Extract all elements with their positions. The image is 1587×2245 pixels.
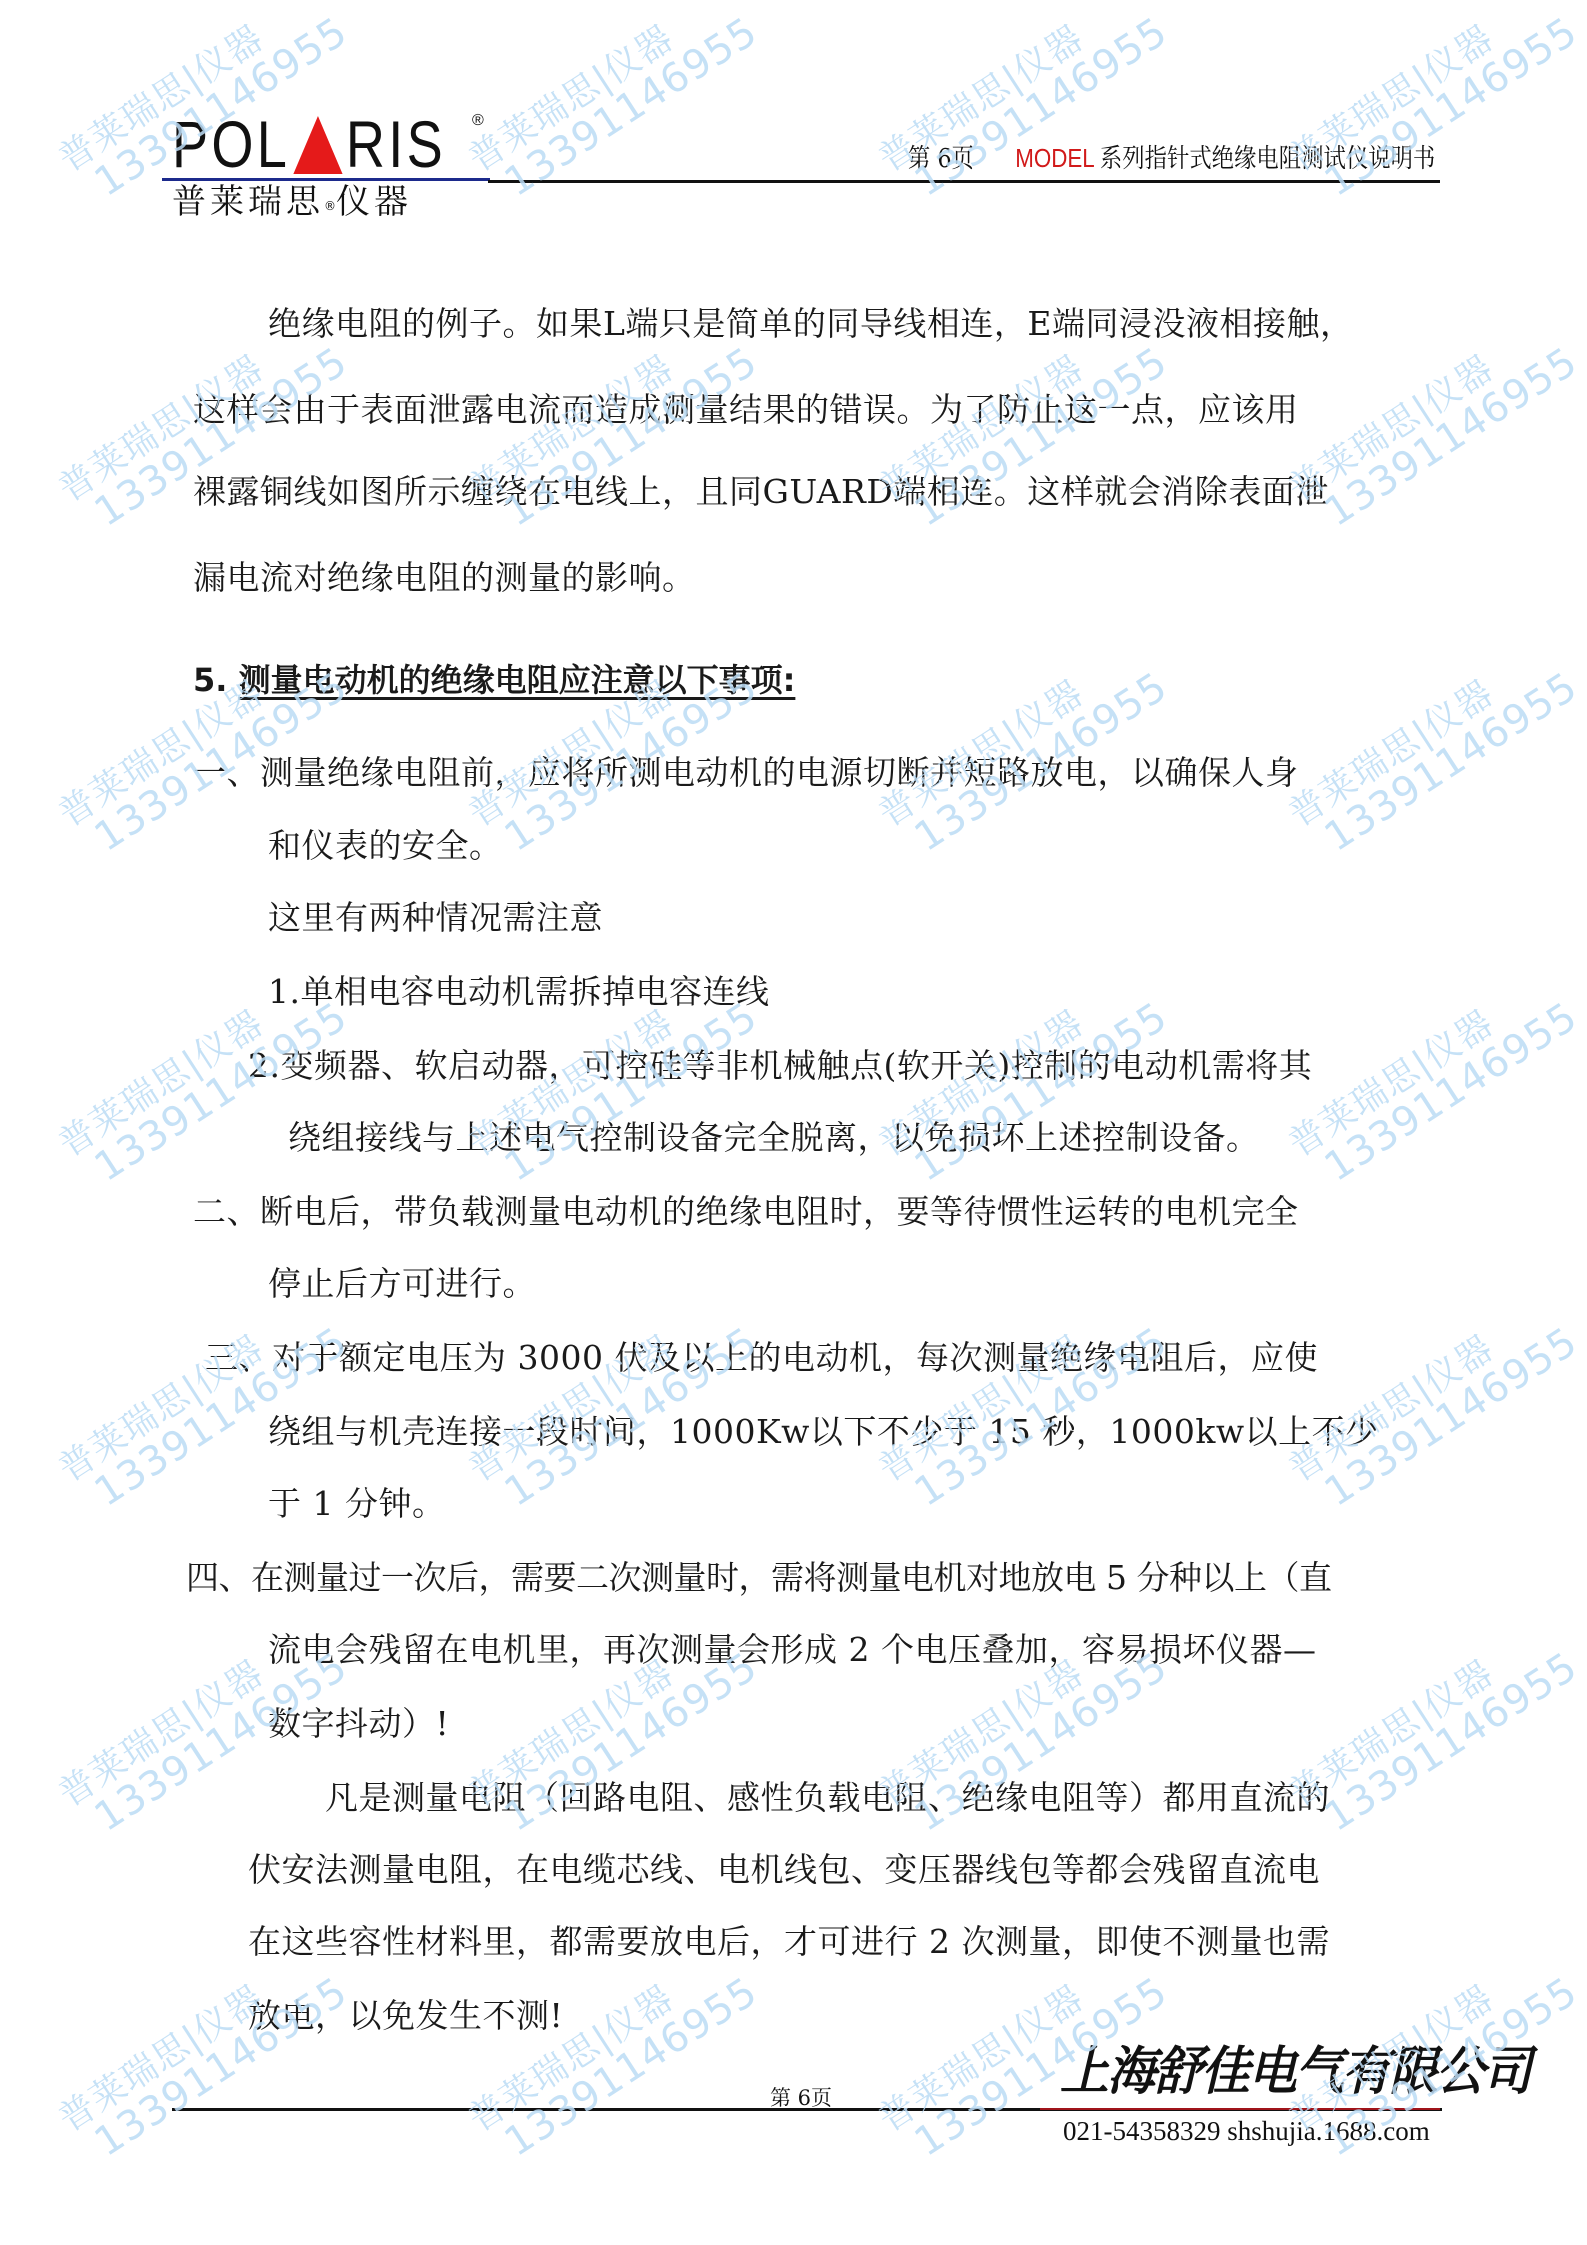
item3-line-3: 于 1 分钟。 — [268, 1484, 445, 1524]
watermark-phone: 13391146955 — [893, 49, 1116, 213]
item1-line-1: 一、测量绝缘电阻前，应将所测电动机的电源切断并短路放电，以确保人身 — [193, 753, 1299, 793]
watermark: 普莱瑞思|仪器13391146955 — [1283, 17, 1527, 213]
item3-line-2: 绕组与机壳连接一段时间，1000Kw以下不少于 15 秒，1000kw以上不少 — [268, 1412, 1379, 1452]
section-title: 测量电动机的绝缘电阻应注意以下事项: — [239, 661, 796, 699]
watermark: 普莱瑞思|仪器13391146955 — [873, 347, 1117, 543]
item1-line-4: 1.单相电容电动机需拆掉电容连线 — [268, 972, 770, 1012]
logo-triangle-icon — [293, 116, 342, 174]
watermark-phone: 13391146955 — [1303, 704, 1526, 868]
logo-wordmark: POLRIS — [172, 112, 446, 176]
footer-rule-accent — [1040, 2108, 1440, 2110]
section-heading: 5. 测量电动机的绝缘电阻应注意以下事项: — [193, 660, 795, 700]
intro-line-2: 这样会由于表面泄露电流而造成测量结果的错误。为了防止这一点，应该用 — [193, 390, 1299, 430]
header-rule — [488, 180, 1440, 183]
intro-line-3: 裸露铜线如图所示缠绕在电线上，且同GUARD端相连。这样就会消除表面泄 — [193, 472, 1329, 512]
logo-cn-suffix: 仪器 — [336, 182, 412, 222]
watermark-phone: 13391146955 — [483, 49, 706, 213]
intro-line-1: 绝缘电阻的例子。如果L端只是简单的同导线相连，E端同浸没液相接触， — [268, 304, 1354, 344]
watermark: 普莱瑞思|仪器13391146955 — [53, 347, 297, 543]
item3-line-1: 三、对于额定电压为 3000 伏及以上的电动机，每次测量绝缘电阻后，应使 — [205, 1338, 1318, 1378]
watermark-brand: 普莱瑞思|仪器 — [1283, 1002, 1505, 1165]
watermark-phone: 13391146955 — [73, 1359, 296, 1523]
watermark: 普莱瑞思|仪器13391146955 — [1283, 1002, 1527, 1198]
footer-contact: 021-54358329 shshujia.1688.com — [1063, 2116, 1430, 2147]
logo-word-right: RIS — [346, 112, 446, 176]
watermark: 普莱瑞思|仪器13391146955 — [463, 1002, 707, 1198]
item4-line-1: 四、在测量过一次后，需要二次测量时，需将测量电机对地放电 5 分种以上（直 — [186, 1558, 1331, 1598]
footer-company-name: 上海舒佳电气有限公司 — [1060, 2040, 1530, 2104]
running-header: 第 6页MODEL系列指针式绝缘电阻测试仪说明书 — [908, 138, 1435, 175]
logo-cn-brand: 普莱瑞思 — [172, 182, 324, 222]
watermark-phone: 13391146955 — [1303, 1684, 1526, 1848]
watermark-phone: 13391146955 — [1303, 49, 1526, 213]
watermark-brand: 普莱瑞思|仪器 — [53, 1977, 275, 2140]
item1-line-2: 和仪表的安全。 — [268, 826, 503, 866]
watermark: 普莱瑞思|仪器13391146955 — [53, 1002, 297, 1198]
watermark: 普莱瑞思|仪器13391146955 — [873, 1002, 1117, 1198]
logo-underline — [162, 178, 490, 181]
watermark: 普莱瑞思|仪器13391146955 — [463, 17, 707, 213]
watermark-phone: 13391146955 — [1303, 1034, 1526, 1198]
registered-mark: ® — [472, 112, 484, 130]
header-page-number: 第 6页 — [908, 144, 974, 174]
logo-cn-registered: ® — [324, 199, 336, 213]
item2-line-1: 二、断电后，带负载测量电动机的绝缘电阻时，要等待惯性运转的电机完全 — [193, 1192, 1299, 1232]
note-line-1: 凡是测量电阻（回路电阻、感性负载电阻、绝缘电阻等）都用直流的 — [325, 1778, 1330, 1818]
note-line-4: 放电，以免发生不测! — [248, 1996, 563, 2036]
watermark: 普莱瑞思|仪器13391146955 — [873, 1652, 1117, 1848]
watermark-phone: 13391146955 — [73, 1684, 296, 1848]
item2-line-2: 停止后方可进行。 — [268, 1264, 536, 1304]
note-line-2: 伏安法测量电阻，在电缆芯线、电机线包、变压器线包等都会残留直流电 — [248, 1850, 1320, 1890]
watermark: 普莱瑞思|仪器13391146955 — [1283, 1652, 1527, 1848]
header-model: MODEL — [1015, 143, 1095, 173]
header-doc-title: 系列指针式绝缘电阻测试仪说明书 — [1100, 144, 1435, 174]
watermark-phone: 13391146955 — [483, 1684, 706, 1848]
watermark-brand: 普莱瑞思|仪器 — [1283, 672, 1505, 835]
watermark: 普莱瑞思|仪器13391146955 — [53, 1652, 297, 1848]
watermark-brand: 普莱瑞思|仪器 — [463, 17, 685, 180]
section-number: 5. — [193, 661, 227, 699]
watermark: 普莱瑞思|仪器13391146955 — [463, 1652, 707, 1848]
item4-line-3: 数字抖动）! — [268, 1704, 449, 1744]
watermark: 普莱瑞思|仪器13391146955 — [463, 347, 707, 543]
intro-line-4: 漏电流对绝缘电阻的测量的影响。 — [193, 558, 696, 598]
polaris-logo: POLRIS ® 普莱瑞思®仪器 — [172, 112, 482, 222]
watermark-phone: 13391146955 — [893, 1684, 1116, 1848]
item1-line-5: 2.变频器、软启动器，可控硅等非机械触点(软开关)控制的电动机需将其 — [248, 1046, 1312, 1086]
watermark-brand: 普莱瑞思|仪器 — [53, 1652, 275, 1815]
watermark: 普莱瑞思|仪器13391146955 — [1283, 672, 1527, 868]
logo-chinese-name: 普莱瑞思®仪器 — [172, 182, 412, 222]
item4-line-2: 流电会残留在电机里，再次测量会形成 2 个电压叠加，容易损坏仪器— — [268, 1630, 1316, 1670]
watermark-phone: 13391146955 — [1303, 379, 1526, 543]
watermark-brand: 普莱瑞思|仪器 — [53, 1002, 275, 1165]
item1-line-6: 绕组接线与上述电气控制设备完全脱离，以免损坏上述控制设备。 — [288, 1118, 1260, 1158]
logo-word-left: POL — [172, 112, 290, 176]
note-line-3: 在这些容性材料里，都需要放电后，才可进行 2 次测量，即使不测量也需 — [248, 1922, 1330, 1962]
watermark: 普莱瑞思|仪器13391146955 — [1283, 347, 1527, 543]
item1-line-3: 这里有两种情况需注意 — [268, 898, 603, 938]
watermark: 普莱瑞思|仪器13391146955 — [873, 17, 1117, 213]
